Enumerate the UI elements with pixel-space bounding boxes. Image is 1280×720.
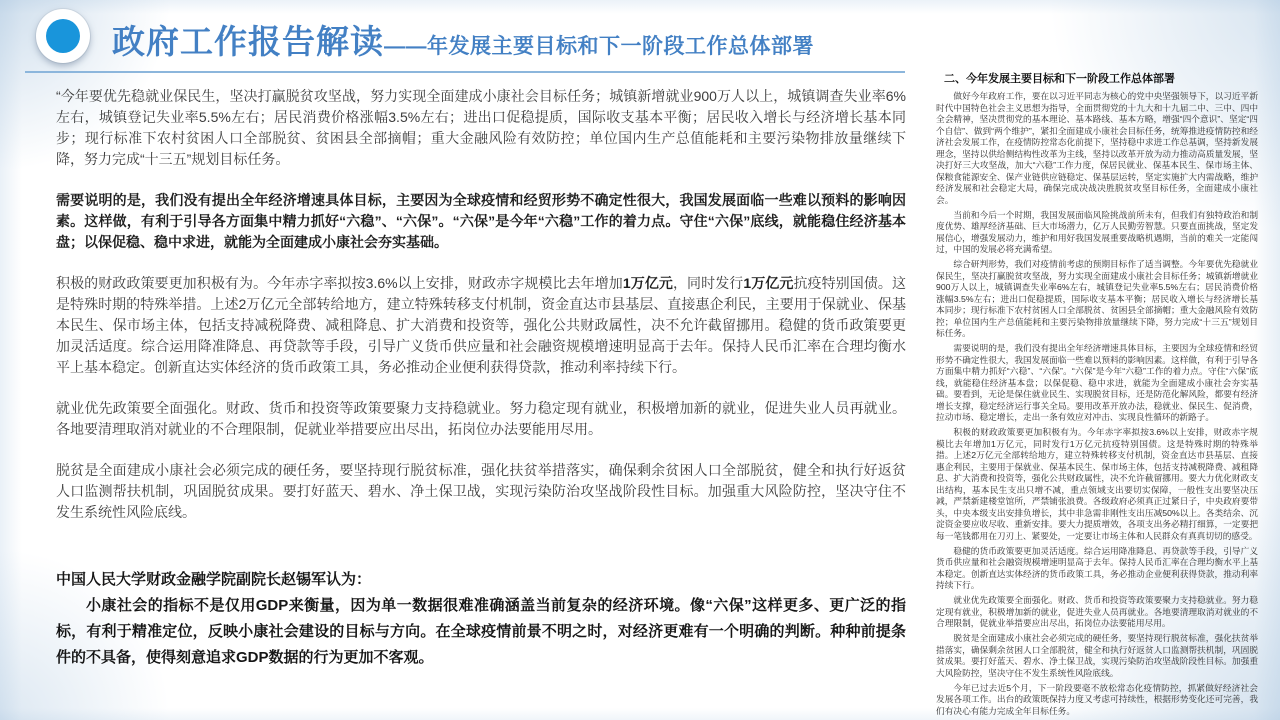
left-paragraph-1: “今年要优先稳就业保民生，坚决打赢脱贫攻坚战，努力实现全面建成小康社会目标任务；… — [56, 86, 906, 170]
slide-canvas: 政府工作报告解读——年发展主要目标和下一阶段工作总体部署 “今年要优先稳就业保民… — [0, 0, 1280, 720]
title-divider — [25, 71, 905, 73]
right-column-heading: 二、今年发展主要目标和下一阶段工作总体部署 — [936, 72, 1258, 86]
right-paragraph-1: 做好今年政府工作，要在以习近平同志为核心的党中央坚强领导下，以习近平新时代中国特… — [936, 91, 1258, 206]
expert-quote-heading: 中国人民大学财政金融学院副院长赵锡军认为： — [56, 567, 906, 593]
expert-quote-block: 中国人民大学财政金融学院副院长赵锡军认为： 小康社会的指标不是仅用GDP来衡量，… — [56, 567, 906, 671]
bullet-circle-inner — [46, 19, 80, 53]
left-text-column: “今年要优先稳就业保民生，坚决打赢脱贫攻坚战，努力实现全面建成小康社会目标任务；… — [56, 86, 906, 712]
left-paragraph-3: 积极的财政政策要更加积极有为。今年赤字率拟按3.6%以上安排，财政赤字规模比去年… — [56, 273, 906, 378]
left-paragraph-4: 就业优先政策要全面强化。财政、货币和投资等政策要聚力支持稳就业。努力稳定现有就业… — [56, 398, 906, 440]
right-paragraph-6: 稳健的货币政策要更加灵活适度。综合运用降准降息、再贷款等手段，引导广义货币供应量… — [936, 546, 1258, 592]
left-paragraph-5: 脱贫是全面建成小康社会必须完成的硬任务，要坚持现行脱贫标准，强化扶贫举措落实，确… — [56, 460, 906, 523]
right-paragraph-7: 就业优先政策要全面强化。财政、货币和投资等政策要聚力支持稳就业。努力稳定现有就业… — [936, 595, 1258, 630]
right-paragraph-2: 当前和今后一个时期，我国发展面临风险挑战前所未有，但我们有独特政治和制度优势、雄… — [936, 210, 1258, 256]
right-paragraph-5: 积极的财政政策要更加积极有为。今年赤字率拟按3.6%以上安排，财政赤字规模比去年… — [936, 427, 1258, 542]
left-paragraph-2: 需要说明的是，我们没有提出全年经济增速具体目标，主要因为全球疫情和经贸形势不确定… — [56, 190, 906, 253]
right-paragraph-9: 今年已过去近5个月，下一阶段要毫不放松常态化疫情防控，抓紧做好经济社会发展各项工… — [936, 683, 1258, 718]
right-paragraph-3: 综合研判形势，我们对疫情前考虑的预期目标作了适当调整。今年要优先稳就业保民生，坚… — [936, 259, 1258, 340]
expert-quote-body: 小康社会的指标不是仅用GDP来衡量，因为单一数据很难准确涵盖当前复杂的经济环境。… — [56, 593, 906, 671]
right-paragraph-8: 脱贫是全面建成小康社会必须完成的硬任务，要坚持现行脱贫标准，强化扶贫举措落实，确… — [936, 633, 1258, 679]
right-paragraph-4: 需要说明的是，我们没有提出全年经济增速具体目标，主要因为全球疫情和经贸形势不确定… — [936, 343, 1258, 424]
page-title-subtitle: ——年发展主要目标和下一阶段工作总体部署 — [384, 35, 814, 58]
bullet-circle-icon — [36, 9, 90, 63]
page-title: 政府工作报告解读——年发展主要目标和下一阶段工作总体部署 — [112, 16, 814, 63]
right-text-column: 二、今年发展主要目标和下一阶段工作总体部署 做好今年政府工作，要在以习近平同志为… — [936, 72, 1258, 718]
page-title-main: 政府工作报告解读 — [112, 23, 384, 60]
